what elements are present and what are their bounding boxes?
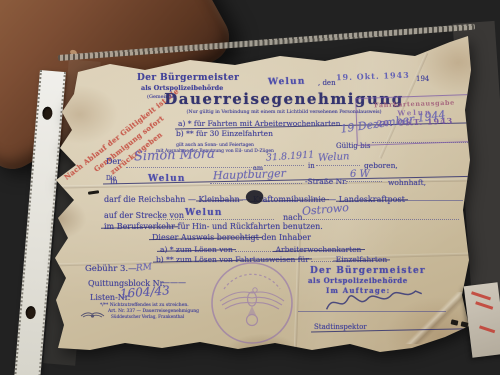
signature-scribble bbox=[322, 284, 427, 314]
issuer-line1: Der Bürgermeister bbox=[137, 73, 239, 83]
entitle-b-gap bbox=[311, 254, 333, 262]
holder-der: Der bbox=[106, 157, 121, 166]
entitles-rest: den Inhaber bbox=[261, 233, 310, 242]
street-hand: Hauptburger bbox=[213, 168, 286, 183]
house-number-hand: 6 W bbox=[350, 169, 370, 181]
header-den: , den bbox=[318, 79, 336, 87]
transport-kleinbahn: Kleinbahn bbox=[199, 195, 240, 204]
street-underline bbox=[210, 183, 302, 184]
fee-label: Gebühr 3.— bbox=[85, 265, 137, 275]
entitle-b-suffix: Einzelfahrten bbox=[336, 255, 387, 264]
reichsadler-eagle-round-stamp-icon bbox=[208, 259, 296, 347]
red-text-fragment bbox=[479, 325, 495, 333]
route-to-hand: Ostrowo bbox=[302, 202, 350, 219]
credit-line2: Süddeutscher Verlag, Frankenthal bbox=[111, 315, 184, 320]
document-paper: Nach Ablauf der Gültigkeit ist die Geneh… bbox=[50, 30, 475, 355]
residence-town-stamp: Welun bbox=[148, 174, 186, 184]
holder-in1: in bbox=[308, 162, 315, 170]
header-date-stamp: 19. Okt. 1943 bbox=[336, 71, 410, 83]
entitle-a-text: a) * zum Lösen von bbox=[160, 245, 233, 254]
header-place-stamp: Welun bbox=[268, 77, 306, 88]
fee-hand: RM bbox=[136, 262, 153, 274]
sign-line1: Der Bürgermeister bbox=[310, 266, 426, 276]
transport-underline bbox=[395, 200, 463, 201]
entitles-struck: Dieser Ausweis berechtigt bbox=[152, 233, 259, 242]
eagle-wings-print-logo-icon bbox=[80, 310, 105, 321]
house-underline bbox=[346, 181, 382, 182]
holder-name-hand: Simon Mora bbox=[134, 148, 215, 166]
red-text-fragment bbox=[475, 301, 493, 309]
usage-rest: für Hin- und Rückfahrten benutzen. bbox=[178, 222, 323, 231]
header-year-print: 194 bbox=[416, 75, 429, 83]
route-from-stamp: Welun bbox=[185, 208, 223, 218]
entitle-a-gap bbox=[235, 244, 273, 252]
transport-kraftomnibuslinie: Kraftomnibuslinie bbox=[253, 195, 326, 204]
route-from-underline bbox=[158, 219, 274, 220]
strasse-label: -Straße Nr. bbox=[305, 178, 347, 187]
birthplace-hand: Welun bbox=[318, 151, 350, 164]
list-value-hand: 1604/43 bbox=[120, 284, 171, 301]
residence-in: in bbox=[110, 177, 118, 186]
entitles-line: Dieser Ausweis berechtigt den Inhaber bbox=[152, 233, 311, 242]
transport-prefix: darf die Reichsbahn bbox=[104, 195, 185, 204]
route-to-underline bbox=[303, 219, 459, 220]
transport-sep1: — bbox=[188, 195, 196, 204]
purpose-b: b) ** für 30 Einzelfahrten bbox=[176, 130, 273, 139]
birthplace-underline bbox=[316, 165, 360, 166]
wohnhaft-label: wohnhaft, bbox=[388, 179, 426, 188]
usage-struck: im Berufsverkehr bbox=[104, 222, 175, 231]
entitle-a-suffix: Arbeiterwochenkarten bbox=[276, 245, 362, 254]
red-text-fragment bbox=[471, 291, 491, 300]
signature-underline bbox=[298, 311, 446, 312]
document-wrapper: Nach Ablauf der Gültigkeit ist die Geneh… bbox=[0, 0, 500, 375]
photo-scene: Nach Ablauf der Gültigkeit ist die Geneh… bbox=[0, 0, 500, 375]
footnote: */** Nichtzutreffendes ist zu streichen. bbox=[100, 303, 189, 308]
usage-line: im Berufsverkehr für Hin- und Rückfahrte… bbox=[104, 222, 323, 231]
route-nach-label: nach bbox=[283, 213, 303, 222]
